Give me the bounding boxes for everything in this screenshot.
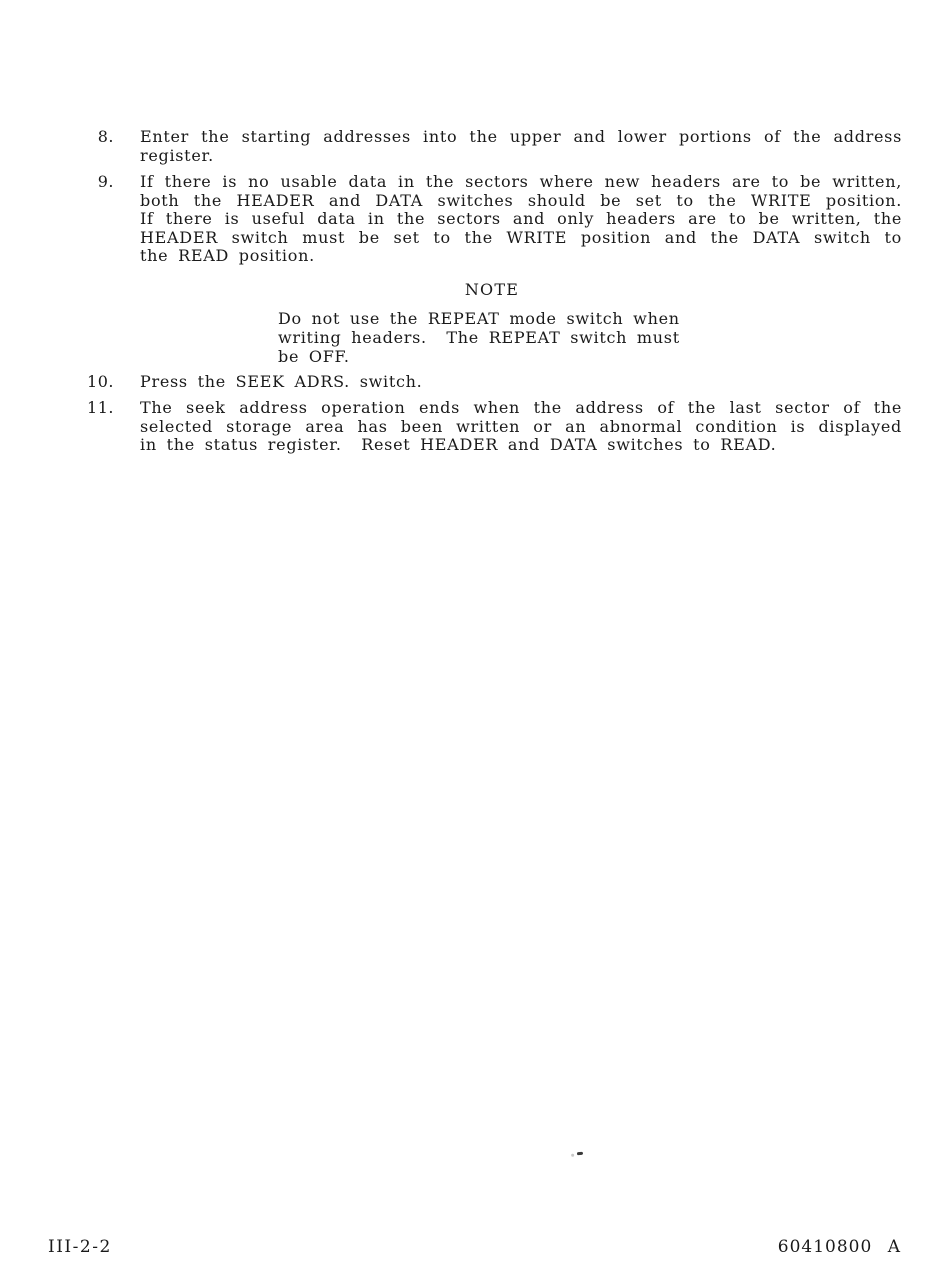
- item-text-line: The seek address operation ends when the…: [140, 399, 902, 418]
- note-body-line: writing headers. The REPEAT switch must: [278, 328, 706, 347]
- item-text: If there is no usable data in the sector…: [140, 173, 902, 266]
- item-text: The seek address operation ends when the…: [140, 399, 902, 455]
- list-item-9: 9. If there is no usable data in the sec…: [50, 173, 902, 266]
- item-text-line: HEADER switch must be set to the WRITE p…: [140, 229, 902, 248]
- item-number: 11.: [50, 399, 114, 418]
- manual-page: 8. Enter the starting addresses into the…: [0, 0, 950, 1267]
- item-text-line: register.: [140, 147, 902, 166]
- item-text-line: in the status register. Reset HEADER and…: [140, 436, 902, 455]
- list-item-8: 8. Enter the starting addresses into the…: [50, 128, 902, 165]
- item-text-line: Enter the starting addresses into the up…: [140, 128, 902, 147]
- note-body-line: Do not use the REPEAT mode switch when: [278, 309, 706, 328]
- item-text: Enter the starting addresses into the up…: [140, 128, 902, 165]
- ink-speck: [577, 1152, 583, 1156]
- item-text-line: both the HEADER and DATA switches should…: [140, 192, 902, 211]
- page-number: III-2-2: [48, 1237, 112, 1257]
- item-text-line: the READ position.: [140, 247, 902, 266]
- note-block: NOTE Do not use the REPEAT mode switch w…: [278, 280, 706, 366]
- item-text-line: If there is no usable data in the sector…: [140, 173, 902, 192]
- item-text-line: Press the SEEK ADRS. switch.: [140, 373, 902, 392]
- note-body-line: be OFF.: [278, 347, 706, 366]
- item-number: 8.: [50, 128, 114, 147]
- note-body: Do not use the REPEAT mode switch when w…: [278, 309, 706, 366]
- list-item-11: 11. The seek address operation ends when…: [50, 399, 902, 455]
- procedure-steps: 8. Enter the starting addresses into the…: [50, 128, 902, 455]
- note-heading: NOTE: [278, 280, 706, 299]
- item-text-line: selected storage area has been written o…: [140, 418, 902, 437]
- item-text-line: If there is useful data in the sectors a…: [140, 210, 902, 229]
- document-number: 60410800 A: [778, 1237, 901, 1257]
- item-text: Press the SEEK ADRS. switch.: [140, 373, 902, 392]
- item-number: 9.: [50, 173, 114, 192]
- item-number: 10.: [50, 373, 114, 392]
- list-item-10: 10. Press the SEEK ADRS. switch.: [50, 373, 902, 392]
